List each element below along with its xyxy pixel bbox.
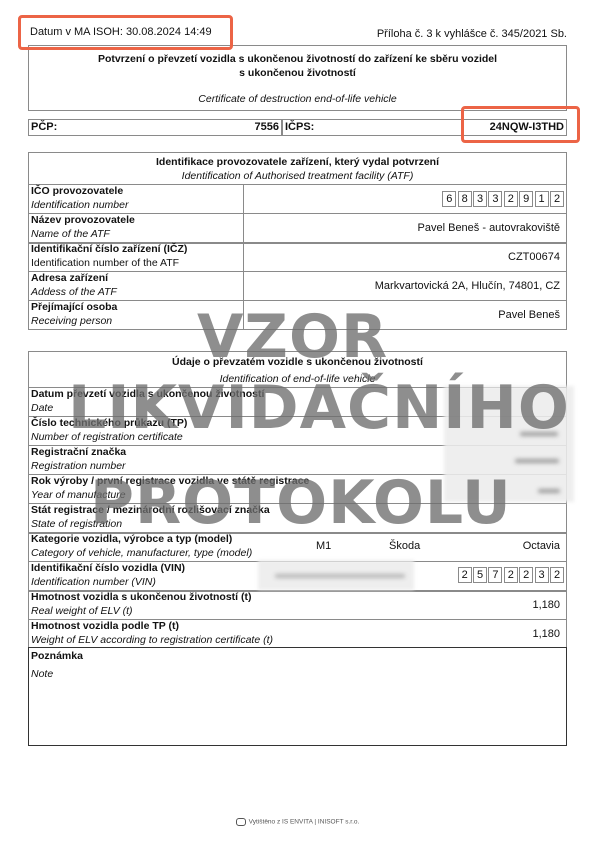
model-value: Octavia <box>523 540 560 552</box>
pcp-label: PČP: <box>31 121 57 133</box>
category-label: Kategorie vozidla, výrobce a typ (model)… <box>31 533 252 560</box>
vehicle-heading-english: Identification of end-of-life vehicle <box>29 373 566 385</box>
vehicle-heading: Údaje o převzatém vozidle s ukončenou ži… <box>29 356 566 368</box>
certificate-title-box: Potvrzení o převzetí vozidla s ukončenou… <box>28 45 567 111</box>
tp-weight-value: 1,180 <box>532 628 560 640</box>
atf-name-label: Název provozovateleName of the ATF <box>31 214 135 241</box>
note-label-english: Note <box>31 668 53 680</box>
certificate-title: Potvrzení o převzetí vozidla s ukončenou… <box>29 52 566 80</box>
footer-text: Vytištěno z IS ENVITA | INISOFT s.r.o. <box>249 819 360 826</box>
vin-label: Identifikační číslo vozidla (VIN)Identif… <box>31 562 185 589</box>
title-line-1: Potvrzení o převzetí vozidla s ukončenou… <box>29 52 566 66</box>
atf-heading-english: Identification of Authorised treatment f… <box>29 170 566 182</box>
receiving-person-label: Přejímající osobaReceiving person <box>31 301 117 328</box>
icz-value: CZT00674 <box>508 251 560 263</box>
category-value: M1 <box>316 540 331 552</box>
footer: Vytištěno z IS ENVITA | INISOFT s.r.o. <box>0 818 595 826</box>
tp-weight-label: Hmotnost vozidla podle TP (t)Weight of E… <box>31 620 273 647</box>
takeover-date-label: Datum převzetí vozidla s ukončenou život… <box>31 388 264 415</box>
registration-number-label: Registrační značkaRegistration number <box>31 446 126 473</box>
note-label: Poznámka <box>31 650 83 662</box>
atf-heading: Identifikace provozovatele zařízení, kte… <box>29 156 566 168</box>
atf-section: Identifikace provozovatele zařízení, kte… <box>28 152 567 330</box>
ico-label: IČO provozovateleIdentification number <box>31 185 128 212</box>
real-weight-label: Hmotnost vozidla s ukončenou životností … <box>31 591 252 618</box>
receiving-person-value: Pavel Beneš <box>498 309 560 321</box>
vin-visible-digits: 25 72 23 2 <box>456 567 564 583</box>
icz-label: Identifikační číslo zařízení (IČZ)Identi… <box>31 243 187 270</box>
pcp-box: PČP: 7556 <box>28 119 282 136</box>
atf-name-value: Pavel Beneš - autovrakoviště <box>418 222 560 234</box>
isoh-date-highlight <box>18 15 233 50</box>
note-section: Poznámka Note <box>28 647 567 746</box>
manufacturer-value: Škoda <box>389 540 420 552</box>
envita-logo-icon <box>236 818 246 826</box>
state-label: Stát registrace / mezinárodní rozlišovac… <box>31 504 270 531</box>
title-line-2: s ukončenou životností <box>29 66 566 80</box>
ico-digits: 68 33 29 12 <box>441 191 564 207</box>
tp-number-label: Číslo technického průkazu (TP)Number of … <box>31 417 187 444</box>
address-value: Markvartovická 2A, Hlučín, 74801, CZ <box>375 280 560 292</box>
redacted-vehicle-values <box>444 386 574 502</box>
pcp-value: 7556 <box>255 121 279 133</box>
icps-value-highlight <box>461 106 580 143</box>
icps-label: IČPS: <box>285 121 314 133</box>
certificate-title-english: Certificate of destruction end-of-life v… <box>29 93 566 105</box>
annex-reference: Příloha č. 3 k vyhlášce č. 345/2021 Sb. <box>377 28 567 40</box>
address-label: Adresa zařízeníAddess of the ATF <box>31 272 117 299</box>
year-label: Rok výroby / první registrace vozidla ve… <box>31 475 309 502</box>
real-weight-value: 1,180 <box>532 599 560 611</box>
